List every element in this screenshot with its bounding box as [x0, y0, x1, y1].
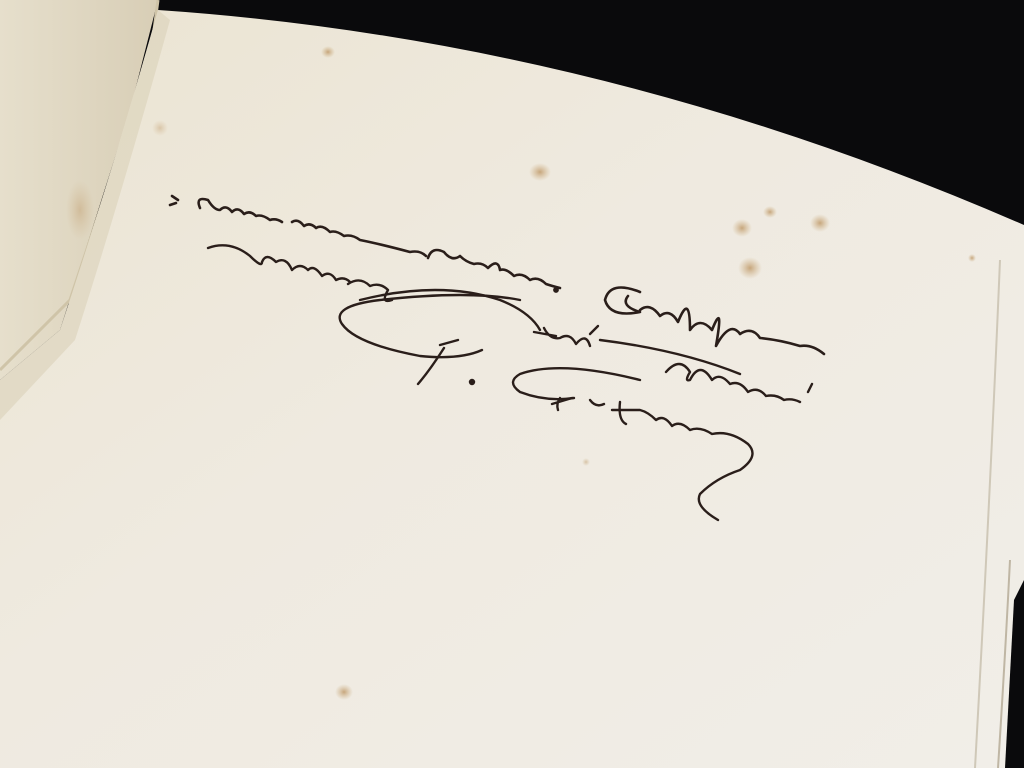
book-photo: à Monsieur et Madame Schefer hommage trè… [0, 0, 1024, 768]
book-illustration [0, 0, 1024, 768]
